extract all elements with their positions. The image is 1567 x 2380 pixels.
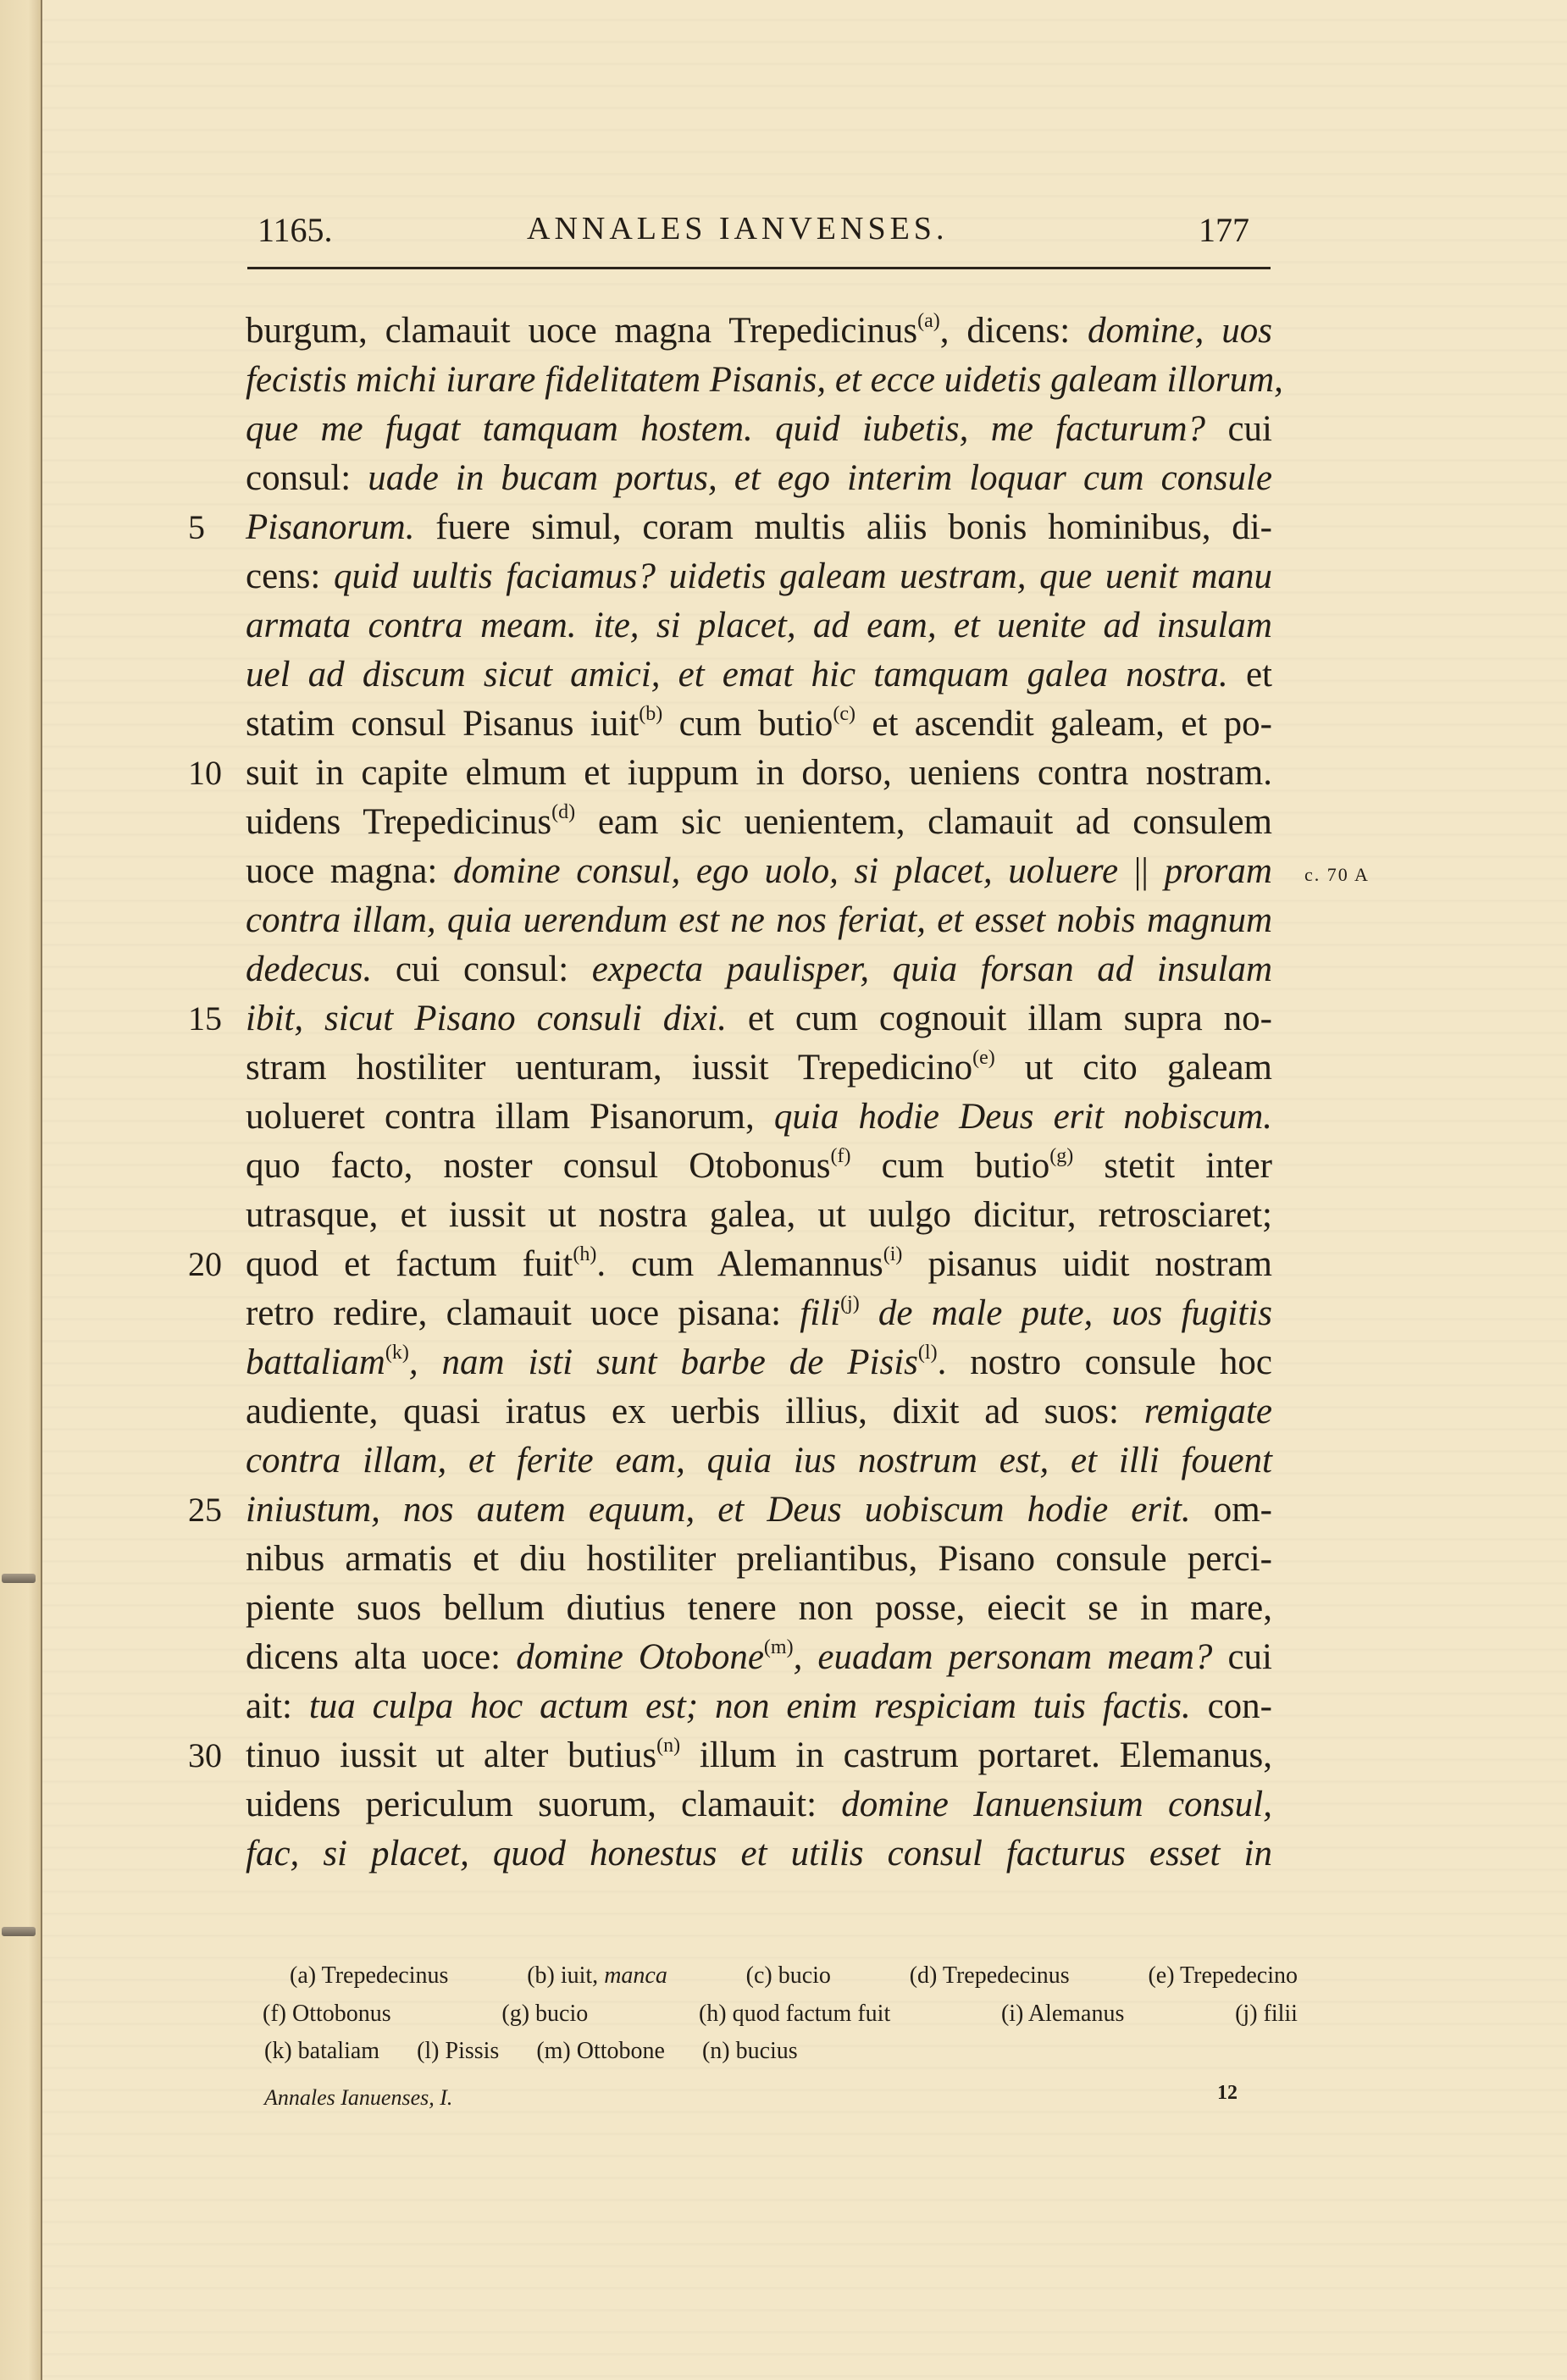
- binding-thread: [2, 1927, 36, 1936]
- footnote: (a) Trepedecinus: [290, 1959, 448, 1993]
- page-number: 177: [1199, 210, 1249, 250]
- italic-segment: contra illam, quia uerendum est ne nos f…: [246, 900, 1272, 940]
- roman-segment: et cum cognouit illam supra no-: [727, 999, 1272, 1038]
- text-line: dedecus. cui consul: expecta paulisper, …: [246, 945, 1272, 994]
- footnote-italic: manca: [598, 1962, 667, 1989]
- line-number: 25: [188, 1486, 232, 1535]
- roman-segment: stram hostiliter uenturam, iussit Treped…: [246, 1048, 972, 1088]
- text-line: fecistis michi iurare fidelitatem Pisani…: [246, 356, 1272, 405]
- footnote-marker: (k): [385, 1342, 409, 1364]
- text-line: nibus armatis et diu hostiliter preliant…: [246, 1535, 1272, 1584]
- roman-segment: . cum Alemannus: [596, 1244, 883, 1284]
- italic-segment: domine Ianuensium consul,: [841, 1785, 1272, 1824]
- text-line: dicens alta uoce: domine Otobone(m), eua…: [246, 1633, 1272, 1682]
- signature-line: Annales Ianuenses, I.: [264, 2085, 452, 2111]
- footnote: (j) filii: [1235, 1997, 1298, 2031]
- footnote-marker: (i): [883, 1243, 903, 1265]
- italic-segment: ibit, sicut Pisano consuli dixi.: [246, 999, 727, 1038]
- text-line: audiente, quasi iratus ex uerbis illius,…: [246, 1387, 1272, 1436]
- running-head: 1165. ANNALES IANVENSES. 177: [0, 210, 1567, 252]
- roman-segment: pisanus uidit nostram: [902, 1244, 1272, 1284]
- footnote-marker: (f): [830, 1145, 850, 1167]
- italic-segment: fili: [800, 1293, 840, 1333]
- text-line: Pisanorum. fuere simul, coram multis ali…: [246, 503, 1272, 552]
- roman-segment: uidens periculum suorum, clamauit:: [246, 1785, 841, 1824]
- footnote: (b) iuit, manca: [527, 1959, 667, 1993]
- text-line: iniustum, nos autem equum, et Deus uobis…: [246, 1486, 1272, 1535]
- roman-segment: ait:: [246, 1686, 309, 1726]
- roman-segment: piente suos bellum diutius tenere non po…: [246, 1588, 1272, 1628]
- italic-segment: fecistis michi iurare fidelitatem Pisani…: [246, 360, 1283, 400]
- footnote-row: (k) bataliam(l) Pissis(m) Ottobone(n) bu…: [264, 2034, 798, 2068]
- roman-segment: , dicens:: [940, 311, 1088, 351]
- text-line: cens: quid uultis faciamus? uidetis gale…: [246, 552, 1272, 601]
- text-line: uel ad discum sicut amici, et emat hic t…: [246, 650, 1272, 700]
- roman-segment: utrasque, et iussit ut nostra galea, ut …: [246, 1195, 1272, 1235]
- roman-segment: et: [1228, 655, 1272, 695]
- line-number: 5: [188, 503, 232, 552]
- footnote-marker: (e): [972, 1047, 995, 1069]
- italic-segment: contra illam, et ferite eam, quia ius no…: [246, 1441, 1272, 1481]
- roman-segment: statim consul Pisanus iuit: [246, 704, 639, 744]
- roman-segment: consul:: [246, 458, 368, 498]
- text-line: burgum, clamauit uoce magna Trepedicinus…: [246, 307, 1272, 356]
- text-line: fac, si placet, quod honestus et utilis …: [246, 1829, 1272, 1879]
- line-number: 30: [188, 1731, 232, 1780]
- italic-segment: domine, uos: [1088, 311, 1272, 351]
- roman-segment: burgum, clamauit uoce magna Trepedicinus: [246, 311, 917, 351]
- binding-thread: [2, 1574, 36, 1583]
- italic-segment: tua culpa hoc actum est; non enim respic…: [309, 1686, 1191, 1726]
- italic-segment: quia hodie Deus erit nobiscum.: [774, 1097, 1272, 1137]
- roman-segment: stetit inter: [1073, 1146, 1272, 1186]
- roman-segment: cui consul:: [372, 949, 592, 989]
- footnote: (n) bucius: [702, 2034, 798, 2068]
- text-line: que me fugat tamquam hostem. quid iubeti…: [246, 405, 1272, 454]
- roman-segment: . nostro consule hoc: [938, 1342, 1272, 1382]
- footnote-row: (f) Ottobonus(g) bucio(h) quod factum fu…: [263, 1997, 1298, 2031]
- roman-segment: cui: [1212, 1637, 1272, 1677]
- italic-segment: armata contra meam. ite, si placet, ad e…: [246, 606, 1272, 645]
- text-line: armata contra meam. ite, si placet, ad e…: [246, 601, 1272, 650]
- footnote: (l) Pissis: [417, 2034, 499, 2068]
- roman-segment: con-: [1191, 1686, 1272, 1726]
- italic-segment: que me fugat tamquam hostem. quid iubeti…: [246, 409, 1205, 449]
- italic-segment: Pisanorum.: [246, 507, 414, 547]
- roman-segment: quod et factum fuit: [246, 1244, 573, 1284]
- text-line: uidens Trepedicinus(d) eam sic uenientem…: [246, 798, 1272, 847]
- roman-segment: cum butio: [662, 704, 833, 744]
- roman-segment: tinuo iussit ut alter butius: [246, 1735, 656, 1775]
- footnote: (g) bucio: [501, 1997, 588, 2031]
- text-line: contra illam, et ferite eam, quia ius no…: [246, 1436, 1272, 1486]
- text-line: retro redire, clamauit uoce pisana: fili…: [246, 1289, 1272, 1338]
- roman-segment: et ascendit galeam, et po-: [855, 704, 1272, 744]
- header-year: 1165.: [257, 210, 333, 250]
- footnote-row: (a) Trepedecinus(b) iuit, manca(c) bucio…: [290, 1959, 1298, 1993]
- italic-segment: , nam isti sunt barbe de Pisis: [409, 1342, 918, 1382]
- italic-segment: expecta paulisper, quia forsan ad insula…: [592, 949, 1272, 989]
- text-line: ait: tua culpa hoc actum est; non enim r…: [246, 1682, 1272, 1731]
- roman-segment: illum in castrum portaret. Elemanus,: [680, 1735, 1272, 1775]
- italic-segment: domine Otobone: [516, 1637, 764, 1677]
- text-line: uoce magna: domine consul, ego uolo, si …: [246, 847, 1272, 896]
- text-line: tinuo iussit ut alter butius(n) illum in…: [246, 1731, 1272, 1780]
- italic-segment: quid uultis faciamus? uidetis galeam ues…: [334, 556, 1272, 596]
- text-line: suit in capite elmum et iuppum in dorso,…: [246, 749, 1272, 798]
- text-line: ibit, sicut Pisano consuli dixi. et cum …: [246, 994, 1272, 1043]
- text-line: quod et factum fuit(h). cum Alemannus(i)…: [246, 1240, 1272, 1289]
- previous-page-gutter: [0, 0, 42, 2380]
- footnote: (e) Trepedecino: [1148, 1959, 1298, 1993]
- footnote-marker: (b): [639, 703, 662, 725]
- footnote: (h) quod factum fuit: [699, 1997, 890, 2031]
- roman-segment: suit in capite elmum et iuppum in dorso,…: [246, 753, 1272, 793]
- text-line: quo facto, noster consul Otobonus(f) cum…: [246, 1142, 1272, 1191]
- italic-segment: proram: [1165, 851, 1272, 891]
- text-line: piente suos bellum diutius tenere non po…: [246, 1584, 1272, 1633]
- roman-segment: eam sic uenientem, clamauit ad consulem: [575, 802, 1272, 842]
- line-number: 20: [188, 1240, 232, 1289]
- text-line: stram hostiliter uenturam, iussit Treped…: [246, 1043, 1272, 1093]
- italic-segment: uel ad discum sicut amici, et emat hic t…: [246, 655, 1228, 695]
- roman-segment: fuere simul, coram multis aliis bonis ho…: [414, 507, 1272, 547]
- footnote-marker: (h): [573, 1243, 596, 1265]
- footnote: (i) Alemanus: [1001, 1997, 1124, 2031]
- text-line: uolueret contra illam Pisanorum, quia ho…: [246, 1093, 1272, 1142]
- text-line: utrasque, et iussit ut nostra galea, ut …: [246, 1191, 1272, 1240]
- footnote-marker: (d): [551, 801, 575, 823]
- italic-segment: uade in bucam portus, et ego interim loq…: [368, 458, 1272, 498]
- footnote-marker: (m): [764, 1636, 794, 1658]
- header-rule: [247, 267, 1271, 269]
- footnote-marker: (a): [917, 310, 940, 332]
- roman-segment: uidens Trepedicinus: [246, 802, 551, 842]
- roman-segment: cens:: [246, 556, 334, 596]
- footnote: (f) Ottobonus: [263, 1997, 391, 2031]
- text-line: statim consul Pisanus iuit(b) cum butio(…: [246, 700, 1272, 749]
- roman-segment: uolueret contra illam Pisanorum,: [246, 1097, 774, 1137]
- roman-segment: dicens alta uoce:: [246, 1637, 516, 1677]
- footnote: (c) bucio: [746, 1959, 831, 1993]
- text-line: contra illam, quia uerendum est ne nos f…: [246, 896, 1272, 945]
- footnote: (d) Trepedecinus: [910, 1959, 1070, 1993]
- footnote-marker: (j): [840, 1292, 860, 1315]
- text-line: consul: uade in bucam portus, et ego int…: [246, 454, 1272, 503]
- italic-segment: fac, si placet, quod honestus et utilis …: [246, 1834, 1272, 1874]
- text-line: battaliam(k), nam isti sunt barbe de Pis…: [246, 1338, 1272, 1387]
- footnote: (m) Ottobone: [536, 2034, 665, 2068]
- line-number: 10: [188, 749, 232, 798]
- roman-segment: retro redire, clamauit uoce pisana:: [246, 1293, 800, 1333]
- roman-segment: uoce magna:: [246, 851, 453, 891]
- roman-segment: quo facto, noster consul Otobonus: [246, 1146, 830, 1186]
- italic-segment: , euadam personam meam?: [794, 1637, 1213, 1677]
- italic-segment: battaliam: [246, 1342, 385, 1382]
- roman-segment: nibus armatis et diu hostiliter preliant…: [246, 1539, 1272, 1579]
- footnote-marker: (l): [918, 1342, 938, 1364]
- roman-segment: cui: [1205, 409, 1272, 449]
- header-title: ANNALES IANVENSES.: [527, 210, 948, 247]
- line-number: 15: [188, 994, 232, 1043]
- roman-segment: om-: [1191, 1490, 1272, 1530]
- roman-segment: audiente, quasi iratus ex uerbis illius,…: [246, 1392, 1144, 1431]
- gathering-number: 12: [1217, 2082, 1238, 2105]
- italic-segment: dedecus.: [246, 949, 372, 989]
- footnote: (k) bataliam: [264, 2034, 379, 2068]
- roman-segment: cum butio: [850, 1146, 1049, 1186]
- italic-segment: remigate: [1144, 1392, 1272, 1431]
- roman-segment: ut cito galeam: [995, 1048, 1272, 1088]
- footnote-marker: (c): [833, 703, 855, 725]
- italic-segment: iniustum, nos autem equum, et Deus uobis…: [246, 1490, 1191, 1530]
- italic-segment: de male pute, uos fugitis: [860, 1293, 1272, 1333]
- margin-note: c. 70 A: [1304, 850, 1370, 899]
- footnote-marker: (n): [656, 1735, 680, 1757]
- footnote-marker: (g): [1049, 1145, 1073, 1167]
- text-line: uidens periculum suorum, clamauit: domin…: [246, 1780, 1272, 1829]
- roman-segment: ||: [1118, 851, 1165, 891]
- italic-segment: domine consul, ego uolo, si placet, uolu…: [453, 851, 1118, 891]
